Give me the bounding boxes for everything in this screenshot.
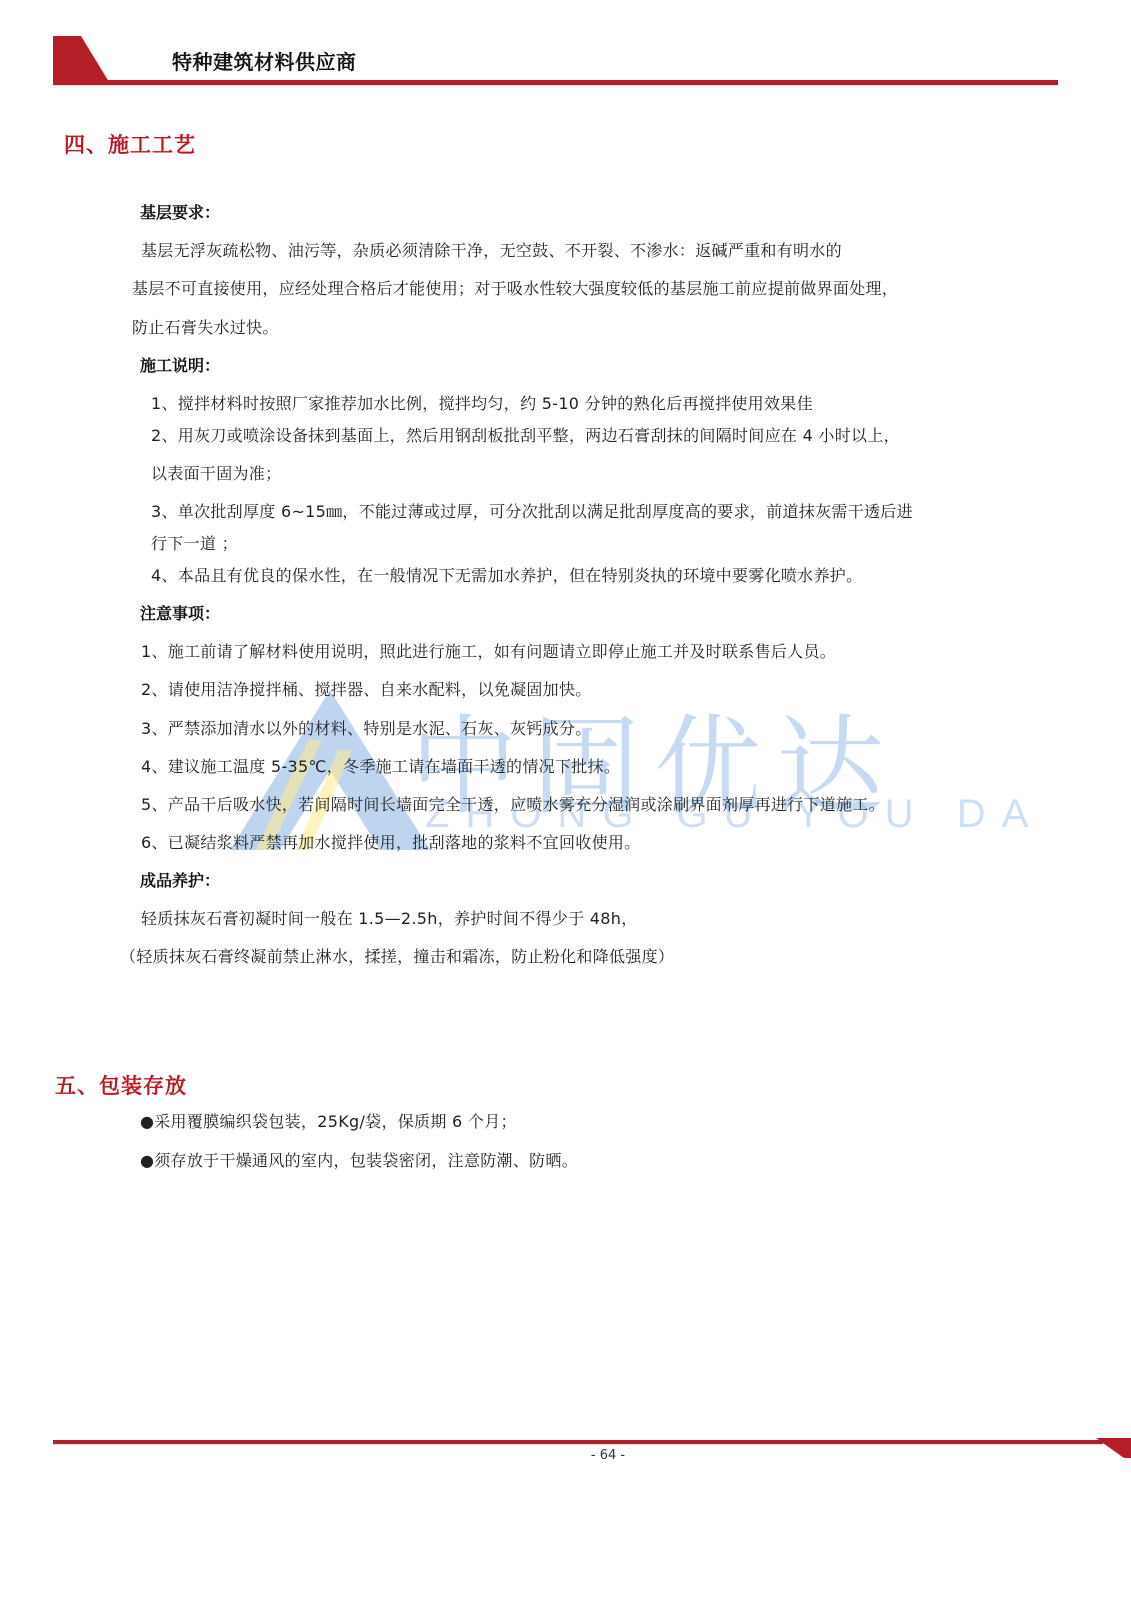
header-red-wedge-icon	[53, 36, 113, 82]
precaution-line: 1、施工前请了解材料使用说明，照此进行施工，如有问题请立即停止施工并及时联系售后…	[141, 639, 836, 662]
precaution-line: 3、严禁添加清水以外的材料、特别是水泥、石灰、灰钙成分。	[141, 716, 592, 739]
base-requirements-heading: 基层要求：	[140, 200, 220, 223]
precaution-line: 5、产品干后吸水快，若间隔时间长墙面完全干透，应喷水雾充分湿润或涂刷界面剂厚再进…	[141, 792, 885, 815]
construction-notes-heading: 施工说明：	[140, 353, 220, 376]
section-4-title: 四、施工工艺	[64, 129, 196, 159]
curing-line: 轻质抹灰石膏初凝时间一般在 1.5—2.5h，养护时间不得少于 48h，	[141, 906, 638, 929]
construction-note-line: 4、本品且有优良的保水性，在一般情况下无需加水养护，但在特别炎执的环境中要雾化喷…	[151, 563, 862, 586]
construction-note-line: 2、用灰刀或喷涂设备抹到基面上，然后用钢刮板批刮平整，两边石膏刮抹的间隔时间应在…	[151, 423, 900, 446]
construction-note-line: 以表面干固为准；	[151, 461, 281, 484]
base-requirements-line: 防止石膏失水过快。	[132, 315, 279, 338]
packaging-bullet: ●采用覆膜编织袋包装，25Kg/袋，保质期 6 个月；	[140, 1109, 517, 1132]
base-requirements-line: 基层无浮灰疏松物、油污等，杂质必须清除干净，无空鼓、不开裂、不渗水：返碱严重和有…	[141, 238, 842, 261]
curing-line: （轻质抹灰石膏终凝前禁止淋水，揉搓，撞击和霜冻，防止粉化和降低强度）	[120, 944, 674, 967]
precautions-heading: 注意事项：	[140, 601, 220, 624]
construction-note-line: 行下一道 ；	[151, 531, 238, 554]
precaution-line: 4、建议施工温度 5-35℃，冬季施工请在墙面干透的情况下批抹。	[141, 754, 620, 777]
base-requirements-line: 基层不可直接使用，应经处理合格后才能使用；对于吸水性较大强度较低的基层施工前应提…	[132, 276, 898, 299]
footer-rule	[53, 1440, 1103, 1444]
precaution-line: 6、已凝结浆料严禁再加水搅拌使用，批刮落地的浆料不宜回收使用。	[141, 830, 640, 853]
page-number: - 64 -	[0, 1448, 1131, 1463]
curing-heading: 成品养护：	[140, 868, 220, 891]
construction-note-line: 1、搅拌材料时按照厂家推荐加水比例，搅拌均匀，约 5-10 分钟的熟化后再搅拌使…	[151, 391, 813, 414]
precaution-line: 2、请使用洁净搅拌桶、搅拌器、自来水配料，以免凝固加快。	[141, 677, 592, 700]
header-rule	[53, 80, 1058, 85]
construction-note-line: 3、单次批刮厚度 6~15㎜，不能过薄或过厚，可分次批刮以满足批刮厚度高的要求，…	[151, 499, 913, 522]
section-5-title: 五、包装存放	[55, 1070, 187, 1100]
packaging-bullet: ●须存放于干燥通风的室内，包装袋密闭，注意防潮、防晒。	[140, 1148, 578, 1171]
header-title: 特种建筑材料供应商	[172, 46, 357, 75]
page-header: 特种建筑材料供应商	[0, 0, 1131, 100]
